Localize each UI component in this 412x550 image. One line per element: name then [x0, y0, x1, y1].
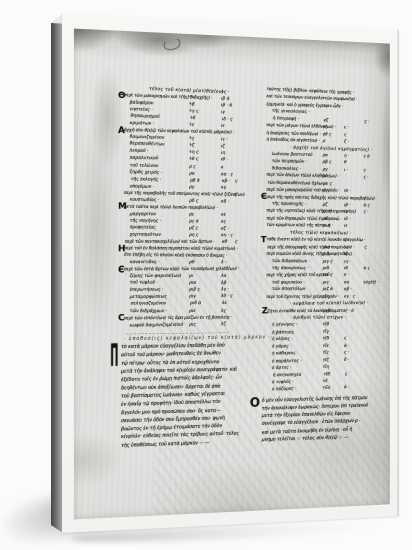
- line-number-primary: ρζ: [323, 203, 328, 208]
- line-number-margin: ϛ: [364, 245, 366, 250]
- canvas-print-photo: τέλος τοῦ κ(ατὰ) μ(ατ)θ(αῖον) ϟϛ · Θ περ…: [0, 0, 412, 550]
- text-line: ὁ λάζαρος · τκ̅α ἀ ·: [270, 384, 390, 395]
- line-number-primary: ϟη ϛ: [189, 151, 199, 156]
- line-number-margin: εὐχ(ή) ·: [364, 280, 379, 285]
- line-text: ζήτει ἐνταῦθα κ(αὶ) τὰ λοιπὰ γράμματα ·: [267, 308, 347, 313]
- line-number-primary: ρα: [189, 171, 195, 176]
- line-number-secondary: ιη ·: [344, 259, 351, 264]
- paragraph-text: αὐτοῦ τοῦ μάρκου· μαθητευθεὶς δὲ ἄνωθεν: [121, 351, 221, 359]
- line-text: διδασκαλίας ·: [272, 166, 301, 171]
- line-number-primary: ρια: [189, 281, 196, 286]
- line-number-secondary: ιδ · ϛ: [222, 117, 233, 122]
- text-line: Τ τάδε ἔνεστι κ(αὶ) ἐν τῷ κ(ατὰ) λουκᾶν …: [270, 238, 390, 246]
- line-number-margin: ϛ ·: [364, 210, 369, 215]
- text-line: σεληνιαζομένου ριδ ἀ λε: [129, 301, 246, 309]
- line-number-primary: ριζ ἀ: [323, 287, 333, 292]
- line-number-primary: ριγ: [189, 295, 196, 300]
- paragraph-text: τὸ κατὰ μᾶρκον εὐαγγέλιον ἐπεδόθη μὲν ὑπ…: [121, 343, 225, 350]
- line-text: τῆς γενεαλογίας ·: [272, 109, 310, 115]
- line-number-secondary: λβ: [221, 281, 226, 286]
- line-number-primary: ρι: [189, 274, 193, 279]
- line-number-primary: τκ̅α: [323, 386, 331, 391]
- line-number-secondary: κα · ϛ: [221, 172, 233, 177]
- manuscript-photo: τέλος τοῦ κ(ατὰ) μ(ατ)θ(αῖον) ϟϛ · Θ περ…: [74, 29, 390, 520]
- line-number-secondary: ϛ · ἀ: [345, 308, 354, 313]
- line-text: ἡ βάπτισις: [272, 330, 294, 335]
- line-number-secondary: ιβ ἀ: [221, 97, 229, 102]
- line-number-margin: ϛ: [364, 168, 366, 173]
- line-number-secondary: ιϛ ·: [345, 245, 351, 250]
- line-number-primary: ργ: [189, 185, 194, 190]
- line-text: ἡ κάθαρσις: [272, 351, 296, 356]
- line-text: προφητείας: [130, 225, 156, 230]
- ink-curl-stain: [162, 36, 182, 52]
- line-number-primary: ϟϛ: [189, 137, 194, 142]
- line-number-primary: ριβ: [323, 252, 330, 257]
- line-text: περὶ τῶν ἑπτὰ ἄρτων κ(αὶ) τῶν τεσσάρ(ων)…: [124, 267, 239, 272]
- canvas-front-face: τέλος τοῦ κ(ατὰ) μ(ατ)θ(αῖον) ϟϛ · Θ περ…: [62, 13, 399, 533]
- line-number-margin: ϛ: [234, 192, 237, 197]
- line-text: περὶ τῆς παραβολῆς τοῦ σπείροντος κ(αὶ) …: [124, 191, 245, 198]
- paragraph-initial: Ο: [250, 397, 260, 410]
- line-number-secondary: λϛ: [221, 309, 226, 314]
- line-number-secondary: ε ·: [344, 126, 349, 131]
- line-number-secondary: ιζ: [344, 252, 348, 257]
- line-number-primary: ρϛ ἀ: [189, 219, 199, 224]
- line-number-secondary: ϛ: [345, 372, 347, 377]
- line-number-secondary: κε: [221, 213, 226, 218]
- line-text: ἰωάννου βαπτιστοῦ: [272, 152, 313, 158]
- line-number-secondary: ιζ: [221, 145, 225, 150]
- line-number-secondary: ια ·: [344, 189, 351, 194]
- line-number-secondary: ἀ ·: [344, 344, 349, 349]
- paragraph-text: ἐν ἡσαΐᾳ τῷ προφήτῃ· ἰδοὺ ἀποστέλλω τὸν: [121, 399, 220, 408]
- line-number-secondary: λ ·: [221, 261, 226, 266]
- line-number-primary: τι̅β: [323, 323, 330, 328]
- line-number-secondary: ιβ ·: [344, 203, 351, 208]
- line-number-secondary: λε: [222, 302, 227, 307]
- line-number-primary: ϟγ ϛ: [189, 109, 198, 114]
- line-number-secondary: ϛ ·: [344, 238, 349, 243]
- line-text: περὶ τῶν ἁλιέων τ(ῶν) κληθέντ(ων) ·: [266, 173, 339, 180]
- line-number-primary: ρδ ϛ: [189, 199, 198, 204]
- left-paragraph: Π τὸ κατὰ μᾶρκον εὐαγγέλιον ἐπεδόθη μὲν …: [121, 343, 250, 451]
- line-number-primary: ρθ: [323, 217, 328, 222]
- line-text: μετὰ ταῦτα περὶ τ(ῶν) λοιπῶν παραβολ(ῶν)…: [124, 205, 218, 211]
- paragraph-text: δεηθέντων οὐκ ἀπηξίωσεν· ἄρχεται δὲ ἀπὸ: [121, 383, 220, 391]
- line-number-secondary: λα: [221, 274, 226, 279]
- line-number-secondary: κ: [221, 165, 224, 170]
- line-text: ἡ ἐπιγραφή ·: [273, 116, 299, 122]
- line-text: τέλος τ(ῶν) κεφαλαί(ων) ·: [290, 230, 351, 236]
- line-text: ἐπερωτήσεως ·: [130, 288, 164, 293]
- line-number-secondary: κη · ϛ: [221, 233, 233, 238]
- line-text: τῆς ἐκλογῆς ·: [131, 177, 162, 182]
- right-column: ταύτης τ(ῆς) βίβλου· κεφάλαια τῆς γραφῆς…: [270, 88, 390, 445]
- line-number-secondary: δ ·: [344, 358, 349, 363]
- line-text: τάδε ἔνεστι κ(αὶ) ἐν τῷ κ(ατὰ) λουκᾶν εὐ…: [266, 238, 365, 243]
- line-number-margin: ἀ ϛ: [364, 266, 370, 271]
- line-number-secondary: ιε: [221, 124, 225, 129]
- line-number-primary: ρβ ἀ: [190, 178, 200, 183]
- line-text: ἡ ἐπάνοδος ἀπ αἰγύπτ(ου) ·: [266, 138, 319, 144]
- line-text: τῆς προσευχῆς ·: [272, 202, 306, 207]
- line-number-secondary: η ·: [344, 154, 349, 159]
- line-text: περὶ τῶν πεντακισχιλί(ων) καὶ τῶν ἄρτων …: [125, 240, 215, 245]
- line-number-primary: ϟδ: [190, 116, 196, 121]
- line-number-primary: ϟβ: [189, 102, 195, 107]
- left-column-list: τέλος τοῦ κ(ατὰ) μ(ατ)θ(αῖον) ϟϛ · Θ περ…: [128, 86, 245, 329]
- line-number-primary: ριβ ϛ: [189, 288, 200, 293]
- line-number-primary: ϟ ·: [189, 96, 195, 101]
- line-text: λεπροῦ ·: [130, 149, 149, 154]
- line-text: περὶ συμεὼν κ(αὶ) ἄννης τ(ῆς) προφήτιδ(ο…: [266, 252, 352, 257]
- line-number-margin: ϛ ἀ: [364, 154, 370, 159]
- line-number-secondary: ιβ · ἀ: [221, 103, 232, 108]
- line-text: τοῦ τυφλοῦ ·: [130, 281, 158, 286]
- line-text: μεταμορφώσεως: [130, 295, 167, 300]
- line-number-primary: ρη ϛ: [323, 210, 332, 215]
- line-text: περὶ τοῦ ἐν θαλάσσῃ περιπάτου κ(αὶ) τ(ῶν…: [124, 246, 238, 251]
- line-number-margin: ϛ ·: [364, 176, 369, 181]
- line-text: κουστωδίας ·: [130, 197, 160, 203]
- text-line: περὶ συμεὼν κ(αὶ) ἄννης τ(ῆς) προφήτιδ(ο…: [270, 252, 390, 259]
- paragraph-text: συνέγραψε τὸ εὐαγγέλιον · ἐτῶν ὑπάρχων ρ…: [262, 418, 360, 427]
- line-number-secondary: ιθ ·: [221, 158, 228, 163]
- line-text: τῶν ἀποστόλων: [272, 287, 306, 292]
- line-text: παραλυτικοῦ: [130, 156, 159, 161]
- line-number-secondary: κ ·: [344, 273, 349, 278]
- line-number-secondary: λδ · ϛ: [221, 294, 233, 299]
- line-text: · ἀριθμοὶ τ(ῶν) στίχων ·: [290, 316, 346, 321]
- line-text: σεληνιαζομένου: [131, 302, 167, 307]
- line-number-primary: ϟε: [189, 123, 194, 128]
- line-text: περὶ τῆς νηστεί(ας) κ(αὶ) τ(ῆς) ἐλεημοσύ…: [266, 209, 356, 215]
- line-number-secondary: κα: [344, 280, 349, 285]
- line-number-secondary: ι ·: [344, 168, 348, 173]
- line-text: ξηρᾶς χειρός ·: [130, 170, 162, 176]
- line-text: ὁ γάμος ·: [272, 344, 292, 349]
- line-text: περὶ τῶν εἰπόντ(ων) τίς ἄρα μείζων ἐν τῇ…: [124, 315, 232, 321]
- line-text: τῶν θεραπευθέντ(ων) ὄχλων ·: [267, 181, 326, 187]
- line-number-secondary: ιη: [221, 151, 225, 156]
- line-number-primary: τι̅ζ: [323, 358, 329, 363]
- line-number-primary: τι̅γ: [323, 330, 329, 335]
- line-number-primary: ρε: [189, 212, 194, 217]
- line-text: κωφοῦ δαιμονιζομέν(ου): [130, 322, 184, 328]
- line-number-primary: ργ: [323, 167, 328, 172]
- line-number-primary: ρζ ϛ: [189, 226, 198, 231]
- line-text: ὁ τυφλός ·: [272, 380, 294, 385]
- line-text: περὶ τῶν θησαυρῶν τ(ῶν) ἐν οὐρανῷ ·: [266, 217, 341, 222]
- line-number-secondary: κζ ·: [221, 227, 229, 232]
- line-number-primary: ρδ: [323, 174, 328, 179]
- line-number-secondary: κβ ·: [344, 287, 352, 292]
- line-text: ὁ παράλυτος ·: [272, 359, 302, 364]
- line-number-secondary: θ: [344, 161, 347, 166]
- line-text: ἡ ἀναίρεσις τῶν παιδί(ων) ·: [266, 131, 320, 137]
- line-number-primary: ϙη: [323, 125, 328, 130]
- line-text: κριμάτων ·: [130, 121, 154, 127]
- line-number-secondary: λζ: [221, 322, 226, 327]
- line-number-secondary: ϟϛ ·: [221, 90, 229, 95]
- line-number-secondary: κγ: [221, 185, 226, 190]
- line-number-primary: ρ ϛ: [189, 164, 196, 169]
- line-number-primary: τι̅η: [323, 365, 329, 370]
- line-number-secondary: κϛ: [221, 220, 226, 225]
- line-text: τοῦ τελώνου: [130, 163, 158, 169]
- line-text: χορτασμάτων: [130, 233, 161, 238]
- line-text: κανανίτιδος ·: [130, 260, 160, 265]
- line-text: τῆς σαγήνης ·: [130, 219, 161, 224]
- line-number-primary: ρε ϛ: [324, 182, 333, 187]
- line-text: βαϊοφόρου: [130, 101, 154, 107]
- line-number-secondary: κθ: [222, 240, 227, 245]
- right-paragraph: Ο ὁ μὲν οὖν εὐαγγελιστὴς ἰωάννης ἐπὶ τῆς…: [262, 394, 390, 445]
- paragraph-text: ἐξέδοτο τοῖς ἐν ῥώμῃ πιστοῖς ἀδελφοῖς· ὧ…: [121, 375, 222, 383]
- line-number-primary: ϙθ ϛ: [323, 132, 332, 137]
- line-number-primary: τι̅ϛ: [323, 351, 329, 356]
- line-number-margin: ἀ ϛ: [364, 204, 370, 209]
- line-number-secondary: ϛ ·: [344, 351, 349, 356]
- line-number-margin: ϛ ·: [364, 120, 369, 125]
- line-number-margin: ϛ: [235, 179, 238, 184]
- line-number-primary: τκ̅: [323, 379, 328, 384]
- line-text: τῶν διδασκάλων ·: [272, 259, 310, 264]
- line-number-primary: ριδ ἀ: [190, 302, 201, 307]
- left-column: τέλος τοῦ κ(ατὰ) μ(ατ)θ(αῖον) ϟϛ · Θ περ…: [128, 86, 245, 450]
- line-number-primary: ρια: [323, 245, 330, 250]
- line-number-primary: ριε: [189, 309, 196, 314]
- line-number-primary: ριγ ϛ: [323, 259, 333, 264]
- line-text: ζύμης τῶν φαρισαί(ων): [130, 274, 182, 279]
- line-number-primary: ρα: [323, 153, 328, 158]
- line-number-primary: τι̅θ: [324, 372, 330, 377]
- line-number-secondary: ϛ: [344, 133, 346, 138]
- line-text: περὶ τῶν μακαρισμ(ῶν) τοῦ κ(υρίο)υ ·: [266, 188, 340, 194]
- line-number-secondary: κβ ·: [222, 179, 230, 184]
- line-text: ἡ σκηνοπηγία: [273, 372, 301, 377]
- line-number-primary: ϟζ: [189, 144, 194, 149]
- line-number-primary: ρι ἀ: [323, 224, 331, 229]
- line-text: μαργαρίτου: [130, 212, 156, 217]
- line-text: θεραπευθέντων: [130, 142, 165, 148]
- line-number-primary: ρη ϛ: [189, 233, 198, 238]
- section-heading: · ὑπόθεσ(ις) κεφαλαί(ων) τοῦ κ(ατὰ) μᾶρκ…: [124, 335, 245, 341]
- line-text: θησαυρισμοῦ: [131, 114, 160, 120]
- line-number-secondary: ἀ ·: [344, 386, 349, 391]
- line-number-secondary: κδ ·: [221, 199, 229, 204]
- line-text: νηστείας ·: [130, 107, 153, 113]
- line-text: τοῦ φαρισαίου ·: [272, 280, 305, 285]
- line-number-primary: ρθ: [189, 260, 194, 265]
- line-number-secondary: ιγ: [344, 210, 348, 215]
- line-number-margin: ϛ: [364, 196, 366, 201]
- text-line: κωφοῦ δαιμονιζομέν(ου) ριϛ λζ: [128, 321, 245, 330]
- line-number-secondary: ιθ: [344, 266, 348, 271]
- line-number-secondary: ιδ ·: [344, 217, 350, 222]
- line-number-primary: ριθ: [324, 309, 331, 314]
- line-text: ἡ κλῆσις ·: [272, 337, 293, 342]
- paragraph-initial: Π: [110, 344, 117, 375]
- line-text: ὁ λάζαρος ·: [272, 387, 297, 392]
- line-number-primary: τι̅δ: [323, 337, 329, 342]
- line-number-secondary: ιγ: [221, 110, 225, 115]
- line-text: περὶ τῆς πρὸς πάντας διδαχῆς κ(αὶ) τ(ῶν)…: [266, 195, 374, 201]
- line-text: περὶ τῆς ἀπογραφῆς κ(αὶ) τ(ῶν) ποιμέν(ων…: [267, 245, 354, 250]
- line-number-primary: ριε ϛ: [323, 273, 333, 278]
- line-number-margin: ϛ: [235, 240, 238, 245]
- line-text: · κεφάλαια τοῦ κ(ατὰ) ἰω(άννην) ·: [290, 301, 368, 307]
- line-number-primary: ϙζ: [324, 118, 329, 123]
- line-number-secondary: κγ · ϛ: [344, 294, 355, 299]
- line-number-primary: ρϛ: [323, 189, 328, 194]
- line-number-secondary: λγ ·: [221, 288, 229, 293]
- line-number-primary: ρ: [323, 139, 326, 144]
- line-text: τῶν διδράχμων ·: [130, 309, 167, 314]
- line-number-primary: ρβ ϛ: [323, 160, 332, 165]
- line-number-primary: ριδ: [323, 266, 330, 271]
- right-column-list: ταύτης τ(ῆς) βίβλου· κεφάλαια τῆς γραφῆς…: [270, 88, 390, 395]
- line-text: δαιμονιζομένου: [130, 135, 165, 141]
- line-text: ὅτε ἐπέβη εἰς τὸ πλοῖον κ(αὶ) ἐκόπασεν ὁ…: [124, 253, 227, 259]
- line-number-primary: τι̅ε: [323, 344, 329, 349]
- line-number-primary: ριη: [323, 295, 330, 300]
- line-number-secondary: ζ ·: [344, 140, 349, 145]
- line-text: ἡ γέννησις ·: [272, 323, 297, 328]
- line-number-secondary: ιϛ ·: [221, 138, 228, 143]
- line-text: τῶν πειρασμῶν ·: [272, 160, 307, 165]
- line-text: τῆς ἀποκρίσεως ·: [272, 266, 309, 271]
- line-text: σπορίμων ·: [130, 184, 154, 189]
- line-number-secondary: ϛ: [344, 337, 346, 342]
- paragraph-text: τῷ πέτρῳ· οὗτος τὰ ὑπ αὐτοῦ κηρυχθέντα: [121, 359, 219, 366]
- line-text: ὁ ἄρτος ·: [272, 366, 292, 371]
- line-number-primary: ϟθ ϛ: [189, 157, 198, 162]
- line-number-primary: ριϛ: [189, 322, 196, 327]
- line-number-primary: ριϛ: [323, 280, 329, 285]
- line-number-secondary: ιε: [344, 224, 348, 229]
